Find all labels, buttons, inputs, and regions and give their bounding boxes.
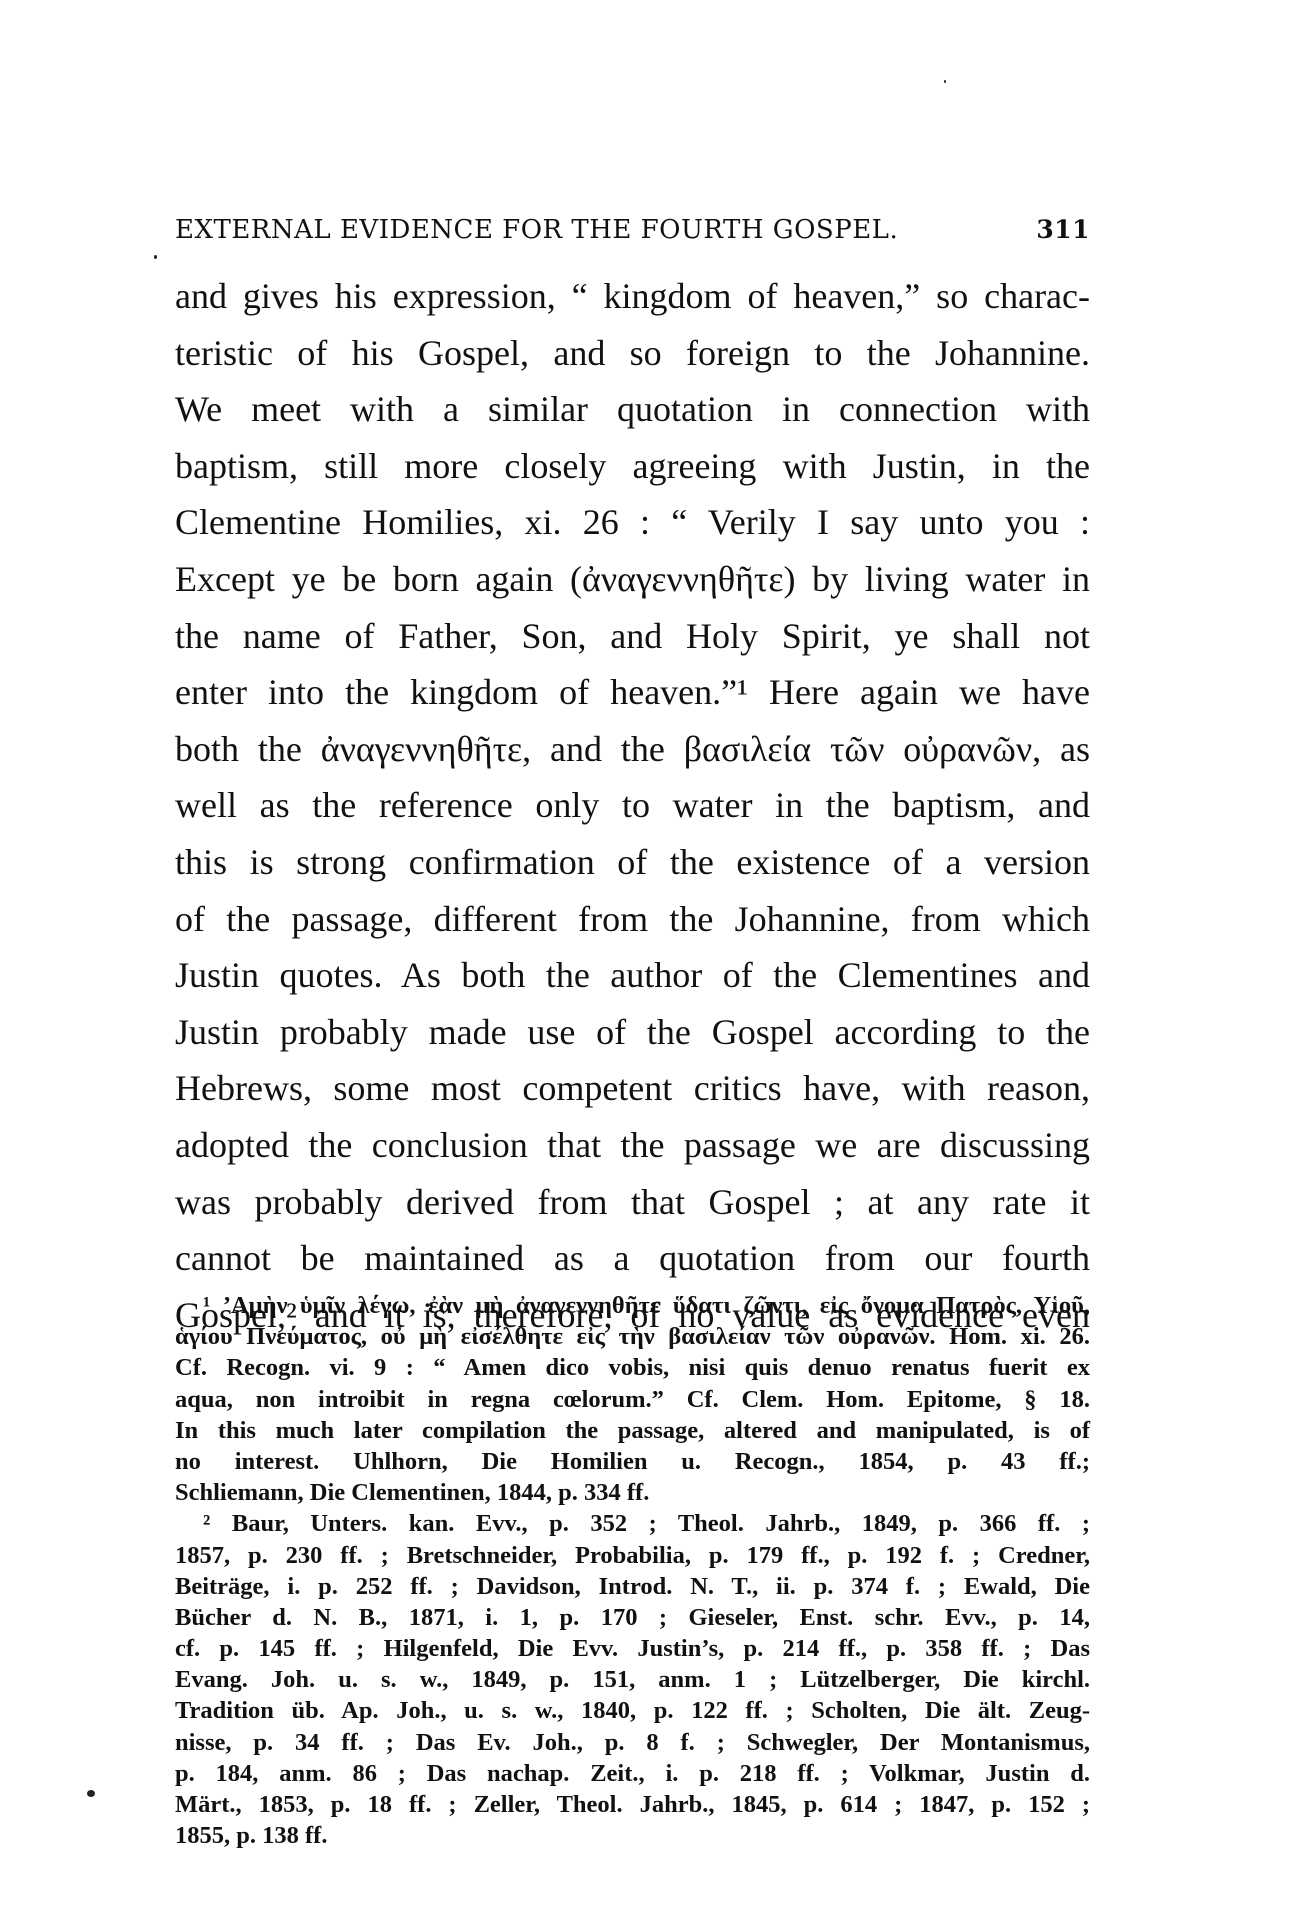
footnote-1-line: no interest. Uhlhorn, Die Homilien u. Re… xyxy=(175,1446,1090,1477)
body-line: Clementine Homilies, xi. 26 : “ Verily I… xyxy=(175,494,1090,551)
body-line: was probably derived from that Gospel ; … xyxy=(175,1174,1090,1231)
footnote-2-line: Bücher d. N. B., 1871, i. 1, p. 170 ; Gi… xyxy=(175,1602,1090,1633)
footnote-2-line: 1857, p. 230 ff. ; Bretschneider, Probab… xyxy=(175,1540,1090,1571)
body-text: and gives his expression, “ kingdom of h… xyxy=(175,268,1090,1343)
footnote-1-line: ἁγίου Πνεύματος, οὐ μὴ εἰσέλθητε εἰς τὴν… xyxy=(175,1321,1090,1352)
body-line: Except ye be born again (ἀναγεννηθῆτε) b… xyxy=(175,551,1090,608)
body-line: adopted the conclusion that the passage … xyxy=(175,1117,1090,1174)
footnote-2-line: Beiträge, i. p. 252 ff. ; Davidson, Intr… xyxy=(175,1571,1090,1602)
body-line: enter into the kingdom of heaven.”¹ Here… xyxy=(175,664,1090,721)
body-line: cannot be maintained as a quotation from… xyxy=(175,1230,1090,1287)
footnote-2-line: p. 184, anm. 86 ; Das nachap. Zeit., i. … xyxy=(175,1758,1090,1789)
footnote-2-line: Tradition üb. Ap. Joh., u. s. w., 1840, … xyxy=(175,1695,1090,1726)
footnote-2-line: cf. p. 145 ff. ; Hilgenfeld, Die Evv. Ju… xyxy=(175,1633,1090,1664)
footnote-1-line: ¹ ’Αμὴν ὑμῖν λέγω, ἐὰν μὴ ἀναγεννηθῆτε ὕ… xyxy=(175,1290,1090,1321)
footnote-2-line: Evang. Joh. u. s. w., 1849, p. 151, anm.… xyxy=(175,1664,1090,1695)
body-line: Justin probably made use of the Gospel a… xyxy=(175,1004,1090,1061)
body-line: of the passage, different from the Johan… xyxy=(175,891,1090,948)
footnote-2-line: 1855, p. 138 ff. xyxy=(175,1820,1090,1851)
body-line: this is strong confirmation of the exist… xyxy=(175,834,1090,891)
running-title: EXTERNAL EVIDENCE FOR THE FOURTH GOSPEL. xyxy=(175,212,898,248)
footnote-2-line: nisse, p. 34 ff. ; Das Ev. Joh., p. 8 f.… xyxy=(175,1727,1090,1758)
scan-bullet-mark xyxy=(87,1790,95,1797)
footnotes: ¹ ’Αμὴν ὑμῖν λέγω, ἐὰν μὴ ἀναγεννηθῆτε ὕ… xyxy=(175,1290,1090,1851)
body-line: baptism, still more closely agreeing wit… xyxy=(175,438,1090,495)
body-line: both the ἀναγεννηθῆτε, and the βασιλεία … xyxy=(175,721,1090,778)
footnote-1-line: Cf. Recogn. vi. 9 : “ Amen dico vobis, n… xyxy=(175,1352,1090,1383)
body-line: teristic of his Gospel, and so foreign t… xyxy=(175,325,1090,382)
body-line: Justin quotes. As both the author of the… xyxy=(175,947,1090,1004)
footnote-1-line: aqua, non introibit in regna cœlorum.” C… xyxy=(175,1384,1090,1415)
footnote-2-line: Märt., 1853, p. 18 ff. ; Zeller, Theol. … xyxy=(175,1789,1090,1820)
footnote-1-line: In this much later compilation the passa… xyxy=(175,1415,1090,1446)
book-page: EXTERNAL EVIDENCE FOR THE FOURTH GOSPEL.… xyxy=(0,0,1292,1925)
body-line: the name of Father, Son, and Holy Spirit… xyxy=(175,608,1090,665)
footnote-1-line: Schliemann, Die Clementinen, 1844, p. 33… xyxy=(175,1477,1090,1508)
body-line: Hebrews, some most competent critics hav… xyxy=(175,1060,1090,1117)
scan-speck xyxy=(154,255,157,259)
body-line: and gives his expression, “ kingdom of h… xyxy=(175,268,1090,325)
scan-speck xyxy=(944,80,946,83)
footnote-2-line: ² Baur, Unters. kan. Evv., p. 352 ; Theo… xyxy=(175,1508,1090,1539)
page-number: 311 xyxy=(1036,212,1090,248)
body-line: We meet with a similar quotation in conn… xyxy=(175,381,1090,438)
body-line: well as the reference only to water in t… xyxy=(175,777,1090,834)
